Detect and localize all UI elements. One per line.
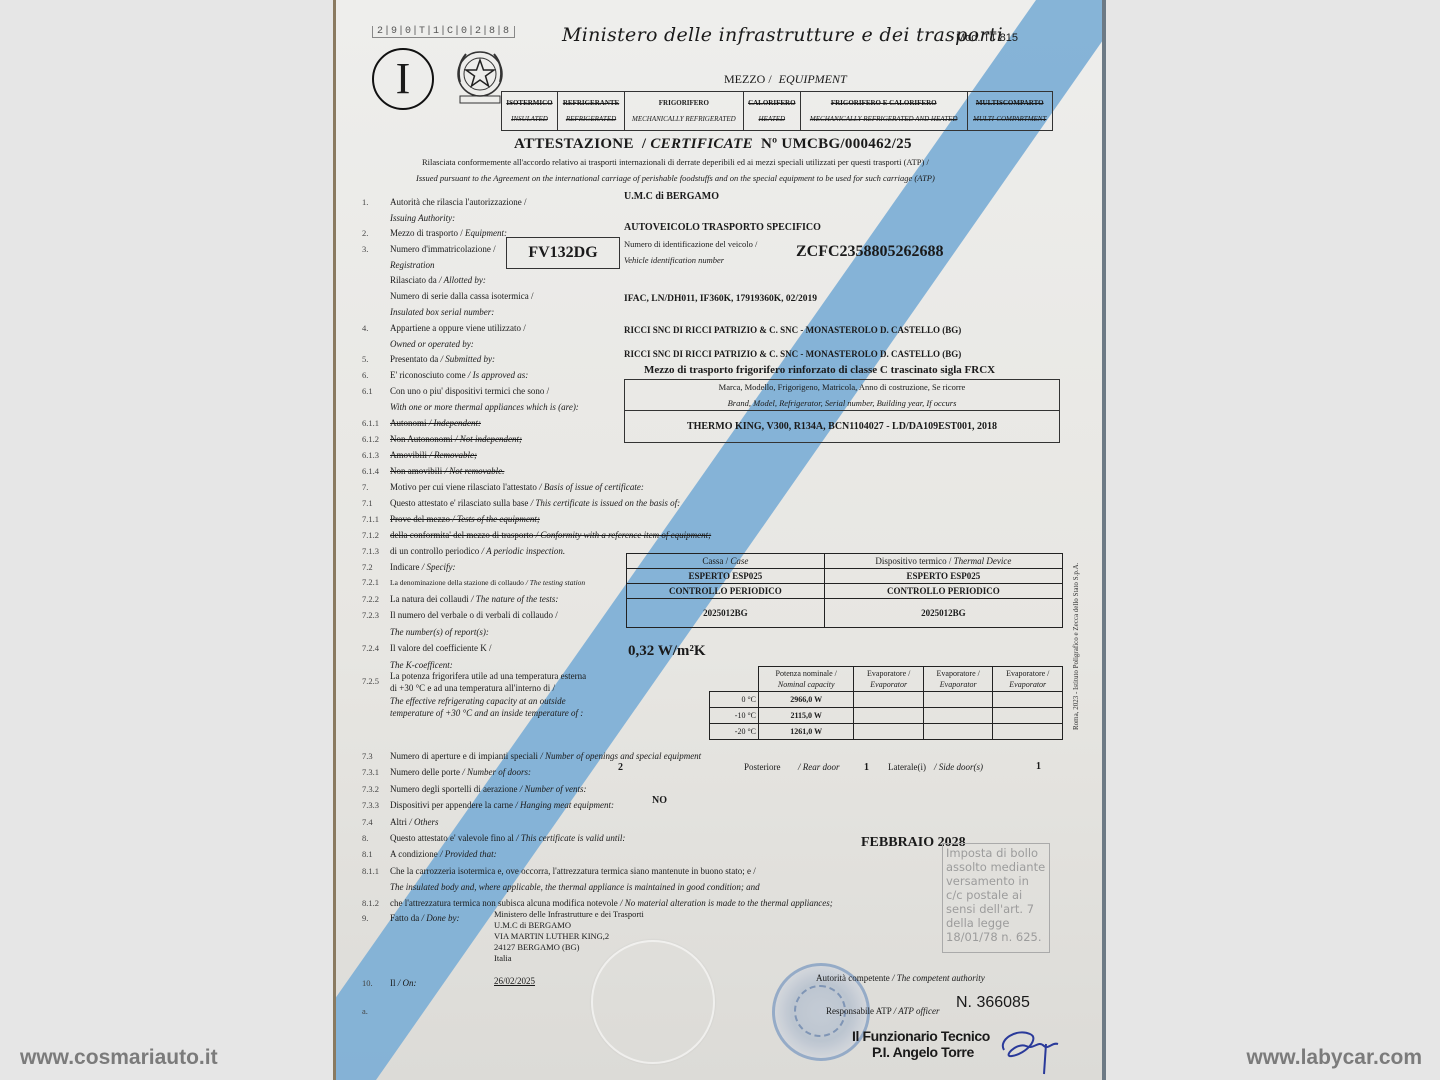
doors-value: 2 <box>618 762 623 773</box>
field-number-f711: 7.1.1 <box>362 514 379 524</box>
capacity-cell-temp: -20 °C <box>710 724 759 740</box>
field-number-f721: 7.2.1 <box>362 577 379 587</box>
done-by-line-1: U.M.C di BERGAMO <box>494 920 571 930</box>
capacity-cell-e1 <box>854 692 924 708</box>
field-label-en-serial: Insulated box serial number: <box>390 307 494 317</box>
field-label-f611: Autonomi / Independent: <box>390 418 481 428</box>
capacity-cell-e2 <box>923 724 993 740</box>
field-number-f72: 7.2 <box>362 562 373 572</box>
capacity-label-it2: di +30 °C e ad una temperatura all'inter… <box>390 683 555 693</box>
field-label-f711: Prove del mezzo / Tests of the equipment… <box>390 514 540 524</box>
field-number-f811: 8.1.1 <box>362 866 379 876</box>
field-label-en-f4: Owned or operated by: <box>390 339 474 349</box>
field-label-f721: La denominazione della stazione di colla… <box>390 578 585 587</box>
field-label-f9: Fatto da / Done by: <box>390 913 460 923</box>
field-number-f61: 6.1 <box>362 386 373 396</box>
field-label-en-f723: The number(s) of report(s): <box>390 627 489 637</box>
field-number-f10: 10. <box>362 978 373 988</box>
capacity-cell-temp: 0 °C <box>710 692 759 708</box>
capacity-header-2: Evaporatore /Evaporator <box>923 667 993 692</box>
test-report-case: 2025012BG <box>627 599 825 628</box>
field-label-f3: Numero d'immatricolazione / <box>390 244 496 254</box>
registration-number: FV132DG <box>506 237 620 269</box>
test-station-device: ESPERTO ESP025 <box>824 569 1062 584</box>
side-door-label: Laterale(i) <box>888 762 926 772</box>
field-number-f2: 2. <box>362 228 368 238</box>
capacity-header-3: Evaporatore /Evaporator <box>993 667 1063 692</box>
signature-icon <box>996 1020 1066 1076</box>
field-number-f74: 7.4 <box>362 817 373 827</box>
field-label-f74: Altri / Others <box>390 817 439 827</box>
field-label-f723: Il numero del verbale o di verbali di co… <box>390 610 558 620</box>
field-number-f614: 6.1.4 <box>362 466 379 476</box>
done-by-line-3: 24127 BERGAMO (BG) <box>494 942 579 952</box>
capacity-cell-e1 <box>854 724 924 740</box>
device-header-en: Brand, Model, Refrigerator, Serial numbe… <box>625 398 1059 408</box>
equipment-type-5: MULTISCOMPARTOMULTI-COMPARTMENT <box>967 92 1052 131</box>
issue-date-value: 26/02/2025 <box>494 976 535 986</box>
field-label-f71: Questo attestato e' rilasciato sulla bas… <box>390 498 680 508</box>
capacity-row: 0 °C2966,0 W <box>710 692 1063 708</box>
field-label-en-f811: The insulated body and, where applicable… <box>390 882 760 892</box>
device-header-it: Marca, Modello, Frigorigeno, Matricola, … <box>625 382 1059 392</box>
capacity-label-en2: temperature of +30 °C and an inside temp… <box>390 708 583 718</box>
italian-emblem-icon <box>452 46 508 108</box>
field-label-f713: di un controllo periodico / A periodic i… <box>390 546 565 556</box>
field-number-f723: 7.2.3 <box>362 610 379 620</box>
rear-door-label-en: / Rear door <box>798 762 840 772</box>
vehicle-identification-number: ZCFC2358805262688 <box>796 243 944 261</box>
field-number-f712: 7.1.2 <box>362 530 379 540</box>
capacity-cell-temp: -10 °C <box>710 708 759 724</box>
certificate-subtitle-en: Issued pursuant to the Agreement on the … <box>416 173 935 183</box>
field-label-f72: Indicare / Specify: <box>390 562 455 572</box>
printer-note: Roma, 2023 - Istituto Poligrafico e Zecc… <box>1072 563 1080 730</box>
field-number-f3: 3. <box>362 244 368 254</box>
device-value: THERMO KING, V300, R134A, BCN1104027 - L… <box>625 421 1059 432</box>
vin-label-en: Vehicle identification number <box>624 255 724 265</box>
field-label-f1: Autorità che rilascia l'autorizzazione / <box>390 197 527 207</box>
field-label-f811: Che la carrozzeria isotermica e, ove occ… <box>390 866 756 876</box>
k-coefficient-value: 0,32 W/m²K <box>628 643 706 660</box>
field-number-f613: 6.1.3 <box>362 450 379 460</box>
capacity-header-0: Potenza nominale /Nominal capacity <box>759 667 854 692</box>
capacity-cell-nominal: 2966,0 W <box>759 692 854 708</box>
ministry-title: Ministero delle infrastrutture e dei tra… <box>562 24 1003 46</box>
done-by-line-2: VIA MARTIN LUTHER KING,2 <box>494 931 609 941</box>
field-label-f722: La natura dei collaudi / The nature of t… <box>390 594 558 604</box>
test-nature-case: CONTROLLO PERIODICO <box>627 584 825 599</box>
equipment-type-4: FRIGORIFERO E CALORIFEROMECHANICALLY REF… <box>800 92 967 131</box>
field-number-f731: 7.3.1 <box>362 767 379 777</box>
field-label-serial: Numero di serie dalla cassa isotermica / <box>390 291 533 301</box>
field-label-f73: Numero di aperture e di impianti special… <box>390 751 701 761</box>
capacity-cell-nominal: 2115,0 W <box>759 708 854 724</box>
capacity-cell-e3 <box>993 708 1063 724</box>
capacity-cell-e3 <box>993 724 1063 740</box>
capacity-cell-nominal: 1261,0 W <box>759 724 854 740</box>
capacity-row: -10 °C2115,0 W <box>710 708 1063 724</box>
country-code-circle: I <box>372 48 434 110</box>
rear-door-value: 1 <box>864 762 869 773</box>
stamp-duty-box: Imposta di bollo assolto mediante versam… <box>942 843 1050 953</box>
field-number-f71: 7.1 <box>362 498 373 508</box>
issuing-authority-value: U.M.C di BERGAMO <box>624 191 719 202</box>
equipment-value: AUTOVEICOLO TRASPORTO SPECIFICO <box>624 222 821 233</box>
capacity-row: -20 °C1261,0 W <box>710 724 1063 740</box>
field-number-f4: 4. <box>362 323 368 333</box>
field-number-f81: 8.1 <box>362 849 373 859</box>
field-label-f81: A condizione / Provided that: <box>390 849 497 859</box>
certificate-subtitle-it: Rilasciata conformemente all'accordo rel… <box>422 157 929 167</box>
officer-number: N. 366085 <box>956 994 1030 1012</box>
rear-door-label: Posteriore <box>744 762 781 772</box>
field-number-f5: 5. <box>362 354 368 364</box>
capacity-cell-e1 <box>854 708 924 724</box>
field-label-en-f3: Registration <box>390 260 435 270</box>
field-number-f9: 9. <box>362 913 368 923</box>
equipment-heading: MEZZO / EQUIPMENT <box>724 72 847 87</box>
equipment-type-2: FRIGORIFEROMECHANICALLY REFRIGERATED <box>625 92 744 131</box>
field-number-a: a. <box>362 1006 368 1016</box>
form-model: Mod. TT 815 <box>956 32 1018 44</box>
field-label-f5: Presentato da / Submitted by: <box>390 354 495 364</box>
capacity-cell-e2 <box>923 692 993 708</box>
done-by-line-4: Italia <box>494 953 511 963</box>
test-nature-device: CONTROLLO PERIODICO <box>824 584 1062 599</box>
equipment-type-3: CALORIFEROHEATED <box>743 92 800 131</box>
submitted-by-value: RICCI SNC DI RICCI PATRIZIO & C. SNC - M… <box>624 349 961 359</box>
box-serial-value: IFAC, LN/DH011, IF360K, 17919360K, 02/20… <box>624 294 817 304</box>
capacity-label-it1: La potenza frigorifera utile ad una temp… <box>390 671 586 681</box>
equipment-type-0: ISOTERMICOINSULATED <box>502 92 558 131</box>
equipment-type-1: REFRIGERANTEREFRIGERATED <box>558 92 625 131</box>
test-header-device: Dispositivo termico / Thermal Device <box>824 554 1062 569</box>
serial-number: 2|9|0|T|1|C|0|2|8|8 <box>372 26 515 38</box>
owner-value: RICCI SNC DI RICCI PATRIZIO & C. SNC - M… <box>624 325 961 335</box>
test-header-case: Cassa / Case <box>627 554 825 569</box>
field-label-f731: Numero delle porte / Number of doors: <box>390 767 531 777</box>
hanging-meat-value: NO <box>652 795 667 806</box>
field-label-f7: Motivo per cui viene rilasciato l'attest… <box>390 482 644 492</box>
field-number-f7: 7. <box>362 482 368 492</box>
field-number-f733: 7.3.3 <box>362 800 379 810</box>
field-label-f2: Mezzo di trasporto / Equipment: <box>390 228 507 238</box>
field-number-f612: 6.1.2 <box>362 434 379 444</box>
test-report-device: 2025012BG <box>824 599 1062 628</box>
field-label-f10: Il / On: <box>390 978 417 988</box>
field-label-f724: Il valore del coefficiente K / <box>390 643 492 653</box>
embossed-seal <box>591 940 715 1064</box>
atp-officer-label: Responsabile ATP / ATP officer <box>826 1006 940 1016</box>
capacity-cell-e2 <box>923 708 993 724</box>
field-number-f6: 6. <box>362 370 368 380</box>
field-label-f732: Numero degli sportelli di aerazione / Nu… <box>390 784 586 794</box>
test-station-case: ESPERTO ESP025 <box>627 569 825 584</box>
field-label-f613: Amovibili / Removable; <box>390 450 477 460</box>
field-label-f61: Con uno o piu' dispositivi termici che s… <box>390 386 549 396</box>
capacity-header-1: Evaporatore /Evaporator <box>854 667 924 692</box>
officer-signature-block: Il Funzionario TecnicoP.I. Angelo Torre <box>852 1028 990 1060</box>
test-table: Cassa / Case Dispositivo termico / Therm… <box>626 553 1063 628</box>
competent-authority-label: Autorità competente / The competent auth… <box>816 973 985 983</box>
equipment-type-table: ISOTERMICOINSULATEDREFRIGERANTEREFRIGERA… <box>501 91 1053 131</box>
field-label-f614: Non amovibili / Not removable. <box>390 466 504 476</box>
field-number-f8: 8. <box>362 833 368 843</box>
paper-edge-right <box>1102 0 1106 1080</box>
capacity-cell-e3 <box>993 692 1063 708</box>
field-number-f73: 7.3 <box>362 751 373 761</box>
vin-label-it: Numero di identificazione del veicolo / <box>624 239 757 249</box>
side-door-value: 1 <box>1036 761 1041 772</box>
field-label-f612: Non Autononomi / Not independent; <box>390 434 522 444</box>
field-number-f725: 7.2.5 <box>362 676 379 686</box>
capacity-label-en1: The effective refrigerating capacity at … <box>390 696 566 706</box>
done-by-line-0: Ministero delle Infrastrutture e dei Tra… <box>494 909 644 919</box>
side-door-label-en: / Side door(s) <box>934 762 983 772</box>
approved-as-value: Mezzo di trasporto frigorifero rinforzat… <box>644 364 995 376</box>
field-label-f8: Questo attestato e' valevole fino al / T… <box>390 833 625 843</box>
field-number-f1: 1. <box>362 197 368 207</box>
thermal-device-box: Marca, Modello, Frigorigeno, Matricola, … <box>624 379 1060 443</box>
field-number-f724: 7.2.4 <box>362 643 379 653</box>
field-number-f812: 8.1.2 <box>362 898 379 908</box>
field-number-f732: 7.3.2 <box>362 784 379 794</box>
field-label-f6: E' riconosciuto come / Is approved as: <box>390 370 528 380</box>
field-number-f713: 7.1.3 <box>362 546 379 556</box>
field-label-f4: Appartiene a oppure viene utilizzato / <box>390 323 526 333</box>
field-label-en-f724: The K-coefficent: <box>390 660 453 670</box>
capacity-table: Potenza nominale /Nominal capacityEvapor… <box>709 666 1063 740</box>
watermark-right: www.labycar.com <box>1247 1046 1422 1070</box>
field-number-f611: 6.1.1 <box>362 418 379 428</box>
field-number-f722: 7.2.2 <box>362 594 379 604</box>
field-label-f712: della conformita' del mezzo di trasporto… <box>390 530 711 540</box>
field-label-en-f1: Issuing Authority: <box>390 213 455 223</box>
field-label-en-f61: With one or more thermal appliances whic… <box>390 402 579 412</box>
field-label-f733: Dispositivi per appendere la carne / Han… <box>390 800 614 810</box>
certificate-title: ATTESTAZIONE / CERTIFICATE Nº UMCBG/0004… <box>514 136 912 153</box>
atp-certificate-document: 2|9|0|T|1|C|0|2|8|8 I Ministero delle in… <box>336 0 1103 1080</box>
field-label-allotted: Rilasciato da / Allotted by: <box>390 275 486 285</box>
field-label-f812: che l'attrezzatura termica non subisca a… <box>390 898 833 908</box>
watermark-left: www.cosmariauto.it <box>20 1046 218 1070</box>
